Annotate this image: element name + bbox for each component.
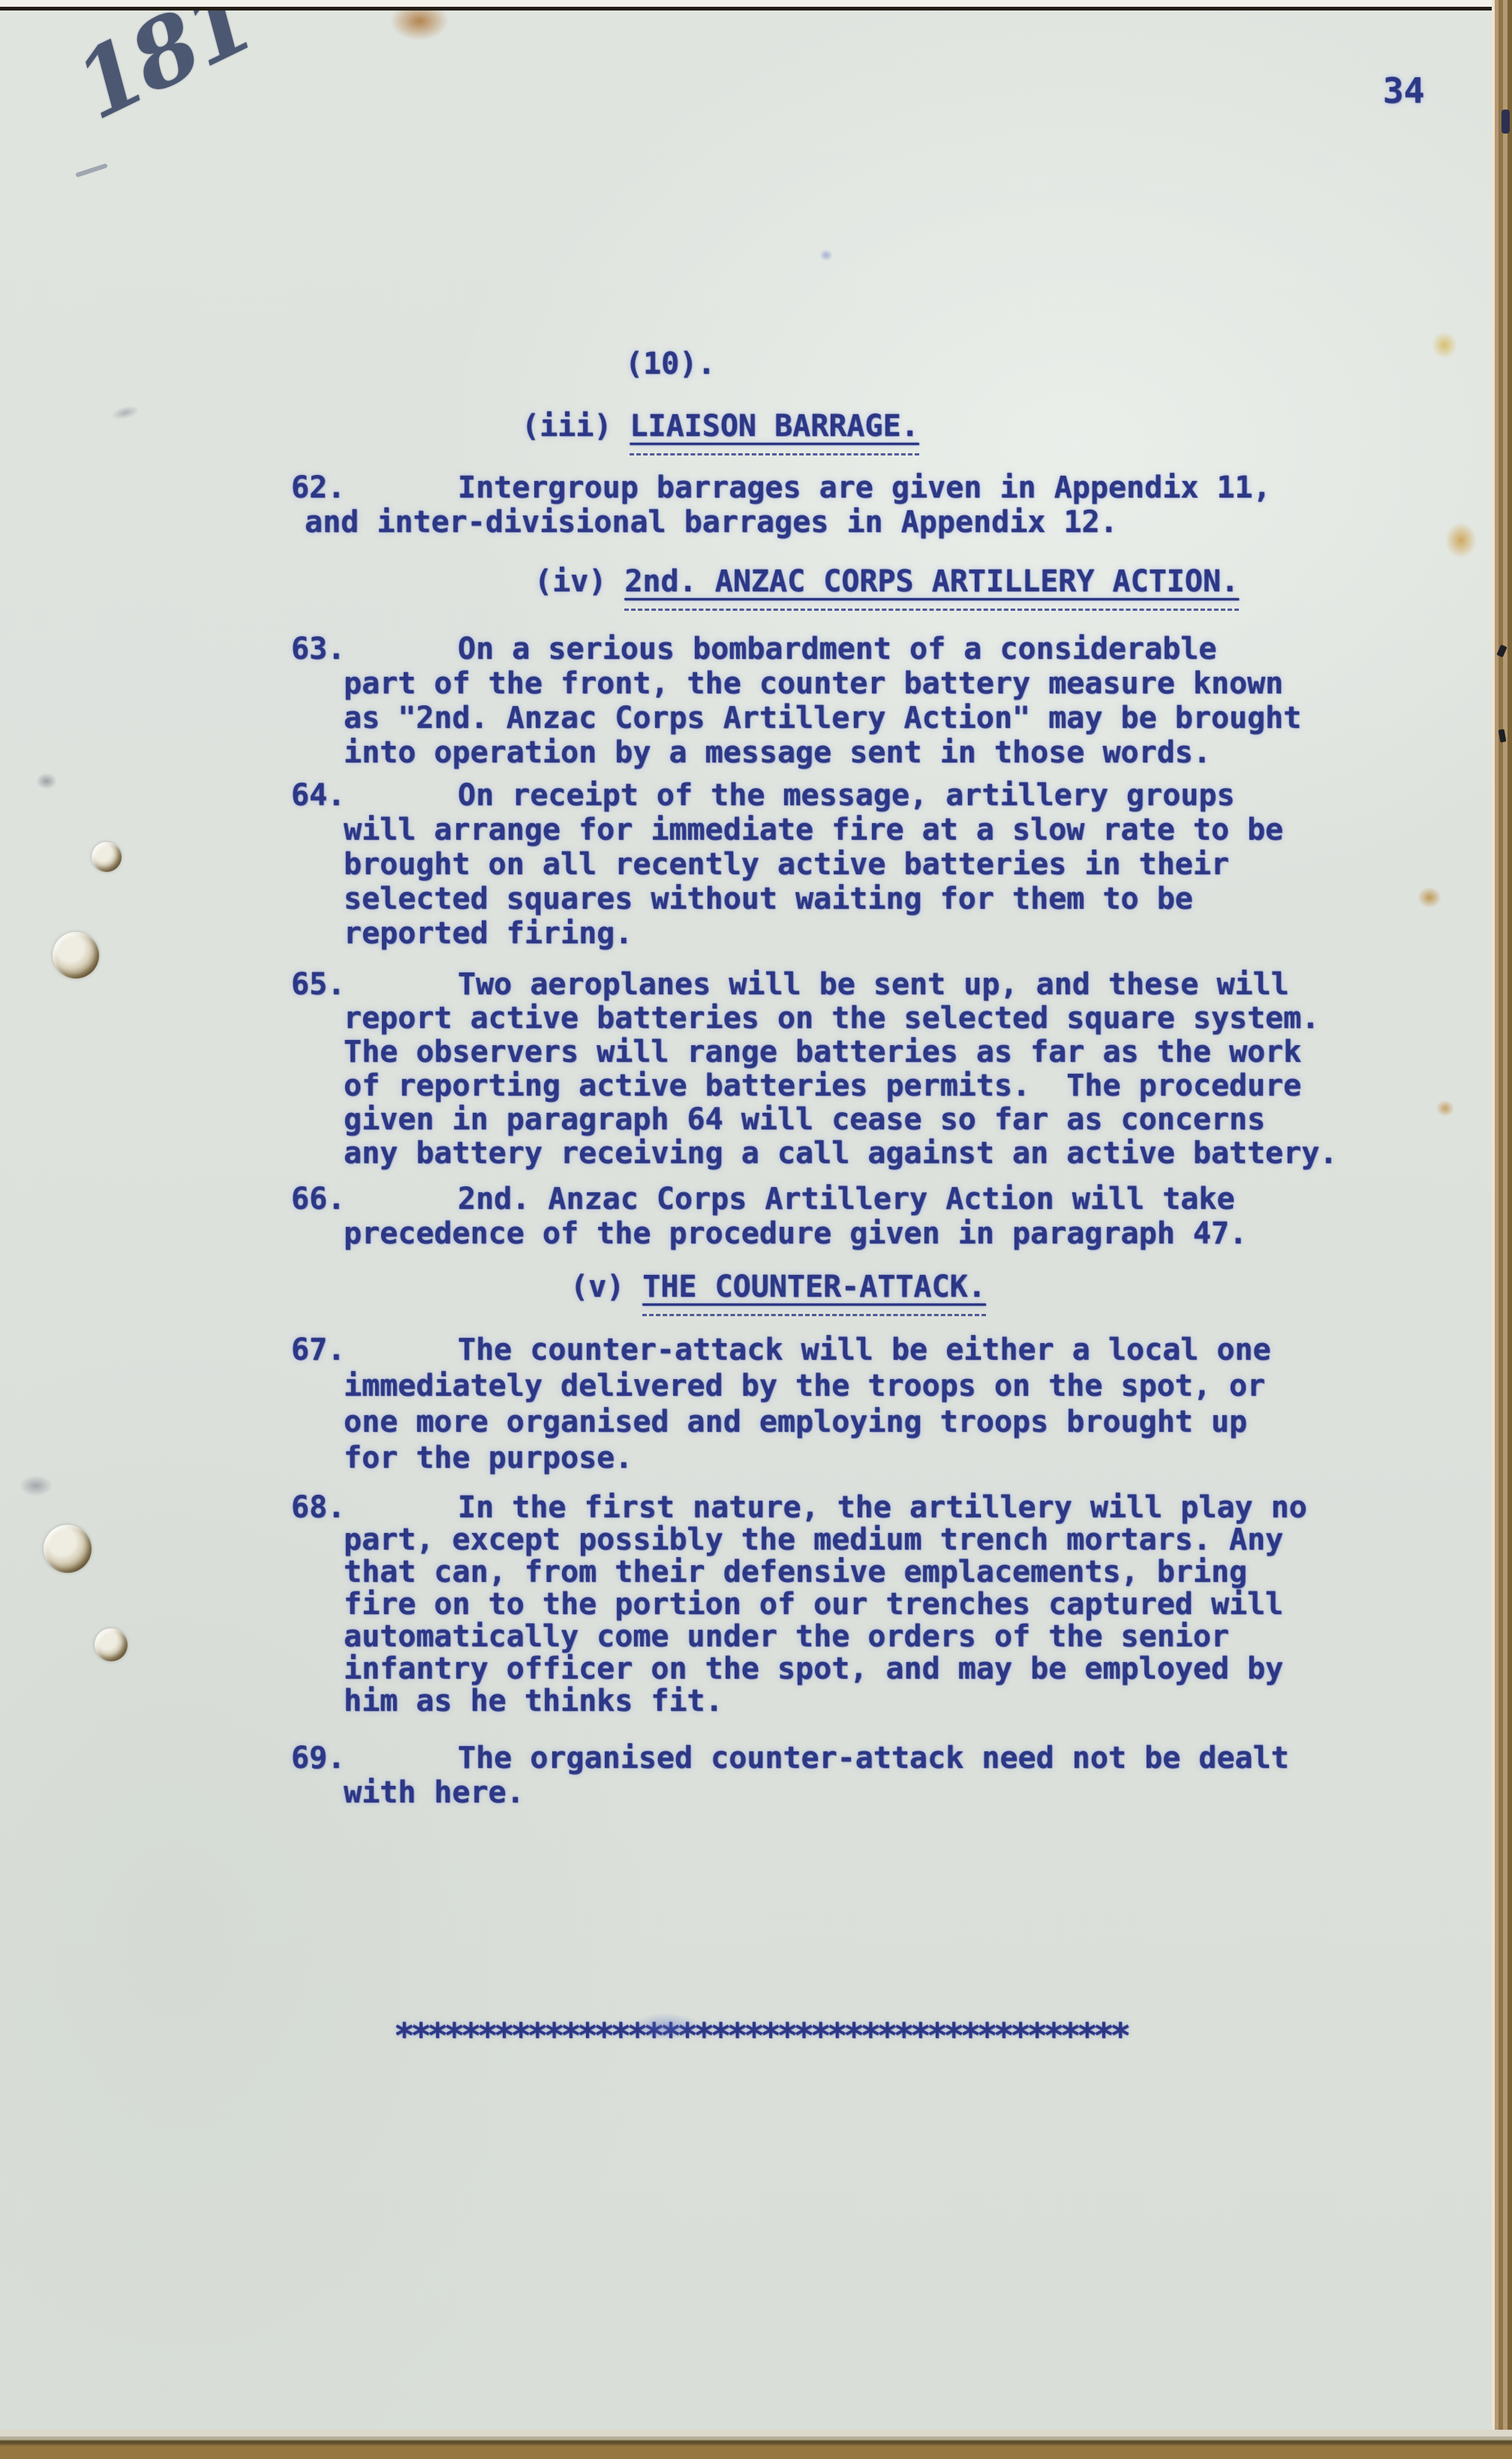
adjacent-page-ink-mark [1501, 110, 1510, 134]
paragraph-62: 62. Intergroup barrages are given in App… [344, 470, 1342, 540]
paragraph-number: 65. [291, 968, 345, 1002]
paragraph-text: Intergroup barrages are given in Appendi… [305, 470, 1342, 540]
paragraph-64: 64. On receipt of the message, artillery… [344, 778, 1342, 951]
handwritten-archive-number: 181 [59, 0, 269, 140]
stain [1417, 887, 1441, 908]
paragraph-text: On receipt of the message, artillery gro… [344, 778, 1342, 951]
paragraph-text: Two aeroplanes will be sent up, and thes… [344, 968, 1342, 1171]
stain [1445, 522, 1477, 558]
section-heading-anzac-corps-artillery-action: (iv)2nd. ANZAC CORPS ARTILLERY ACTION. [534, 564, 1239, 599]
page-top-edge [0, 0, 1512, 11]
paragraph-number: 68. [291, 1492, 345, 1524]
section-label: (iv) [534, 564, 606, 599]
asterisk-divider: ****************************************… [394, 2019, 1127, 2053]
paragraph-text: The counter-attack will be either a loca… [344, 1332, 1342, 1476]
page-stack-right-edge [1492, 0, 1512, 2459]
scanned-document-photo: { "document": { "archive_number": "181",… [0, 0, 1512, 2459]
punch-hole [53, 932, 99, 978]
paragraph-66: 66. 2nd. Anzac Corps Artillery Action wi… [344, 1182, 1342, 1251]
paragraph-number: 66. [291, 1182, 345, 1216]
pencil-mark [110, 404, 141, 422]
paragraph-69: 69. The organised counter-attack need no… [344, 1741, 1342, 1810]
paragraph-number: 64. [291, 778, 345, 813]
page-number: 34 [1383, 74, 1424, 108]
pencil-mark [36, 773, 57, 789]
handwritten-dash-mark [75, 163, 108, 177]
paragraph-number: 69. [291, 1741, 345, 1775]
punch-hole [92, 842, 122, 872]
paragraph-text: On a serious bombardment of a considerab… [344, 632, 1342, 770]
paragraph-number: 63. [291, 632, 345, 666]
paragraph-number: 62. [291, 470, 345, 505]
section-title: LIAISON BARRAGE. [630, 409, 918, 455]
paragraph-65: 65. Two aeroplanes will be sent up, and … [344, 968, 1342, 1171]
paragraph-63: 63. On a serious bombardment of a consid… [344, 632, 1342, 770]
ink-smudge [819, 249, 833, 261]
paragraph-text: The organised counter-attack need not be… [344, 1741, 1342, 1810]
paragraph-text: In the first nature, the artillery will … [344, 1492, 1342, 1718]
section-heading-the-counter-attack: (v)THE COUNTER-ATTACK. [570, 1270, 986, 1304]
section-label: (iii) [522, 409, 612, 443]
punch-hole [44, 1525, 92, 1573]
stain [1432, 332, 1457, 359]
document-page: 181 34 (10). (iii)LIAISON BARRAGE. 62. I… [0, 11, 1497, 2431]
punch-hole [95, 1628, 128, 1661]
section-label: (v) [570, 1270, 624, 1304]
section-title: 2nd. ANZAC CORPS ARTILLERY ACTION. [624, 564, 1239, 611]
paragraph-number: 67. [291, 1332, 345, 1368]
paragraph-67: 67. The counter-attack will be either a … [344, 1332, 1342, 1476]
page-stack-bottom-edge [0, 2430, 1512, 2459]
stain [1436, 1100, 1454, 1117]
section-heading-liaison-barrage: (iii)LIAISON BARRAGE. [522, 409, 919, 443]
sheet-number: (10). [625, 347, 715, 381]
pencil-mark [20, 1475, 53, 1496]
paragraph-text: 2nd. Anzac Corps Artillery Action will t… [344, 1182, 1342, 1251]
section-title: THE COUNTER-ATTACK. [642, 1270, 986, 1316]
paragraph-68: 68. In the first nature, the artillery w… [344, 1492, 1342, 1718]
